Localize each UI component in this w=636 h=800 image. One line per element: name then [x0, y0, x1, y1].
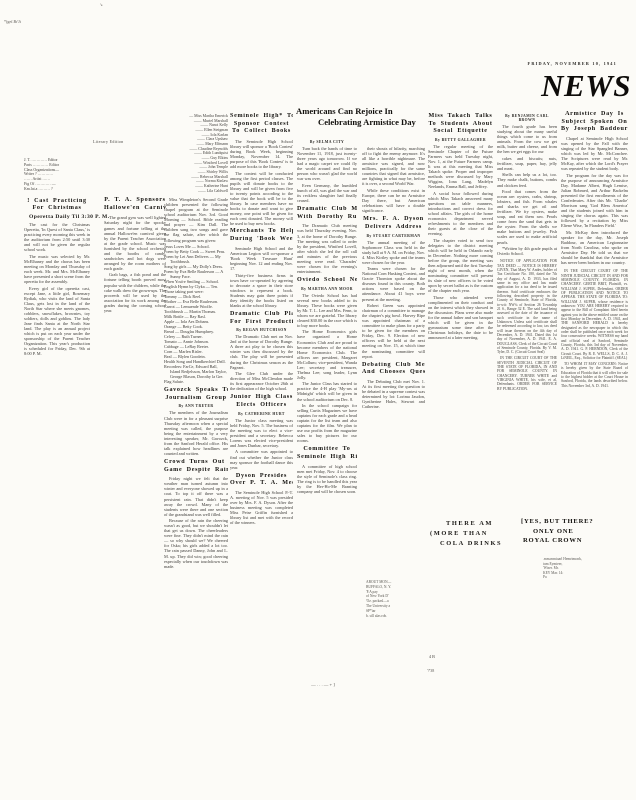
legal-notice: IN THE CIRCUIT COURT OF THE NINTH JUDICI… — [561, 269, 628, 360]
armistice-main-headline-line: Celebrating Armistice Day — [296, 117, 428, 128]
body-paragraph: A committee was appointed to find out wh… — [230, 449, 293, 469]
body-paragraph: While these conditions exist in Europe, … — [362, 188, 425, 213]
program-list: Jesus Loves Me — School.Poem by Betty Co… — [164, 244, 228, 384]
story-byline: By STUART CARTERMAN — [362, 234, 425, 238]
bottom-tail-mark: '?'38 — [427, 668, 434, 673]
story-headline: Mrs. F. A. DysonDelivers Address — [362, 216, 425, 231]
cola-ad-left-text: THERE AM(MORE THANCOLA DRINKS — [430, 519, 518, 548]
about-money-fragments-line: b. sill alas rob. — [366, 614, 424, 619]
list-line: Poem by Eva Belle Raulerson — A Sunny Fa… — [164, 269, 228, 279]
column-end-dashes: — . . . — + ] — [296, 682, 350, 687]
headline-line: Seminole High* To — [230, 113, 293, 121]
cola-ad-left-text-line: (MORE THAN — [430, 529, 518, 539]
headline-line: With Dorothy Runge — [297, 214, 357, 222]
story-headline: Dramatic Club PlansFor First Production — [230, 311, 293, 326]
body-paragraph: In the school campaign for selling Curti… — [297, 403, 357, 443]
story-headline: ! Cast PracticingFor Christmas — [24, 198, 90, 213]
body-paragraph: The contest will be conducted among the … — [230, 171, 293, 227]
column-5: By SELMA CITYTurn back the hands of time… — [297, 139, 357, 699]
legal-notice: NOTICE OF APPLICATION FOR TAX DEED — NOT… — [497, 259, 557, 355]
body-paragraph: Food that comes from the ocean are: oyst… — [497, 189, 557, 245]
body-paragraph: Chapel at Seminole High School was opene… — [561, 136, 628, 171]
body-paragraph: Robert Green was appointed chairman of a… — [362, 303, 425, 359]
royal-crown-ad-text-line: ROYAL CROWN — [521, 536, 597, 546]
story-byline: By BETTY GALLAGHER — [428, 138, 493, 142]
story-headline: P. T. A. SponsorsHallowe'en Carnival — [104, 197, 166, 212]
headline-line: Dramatic Club Meets — [297, 206, 357, 214]
story-byline: By ANN TRETER — [164, 404, 228, 408]
body-paragraph: The cast for the Christmas Operetta, 'In… — [24, 222, 90, 252]
body-paragraph: Teams were chosen for the National Corn … — [362, 266, 425, 301]
story-headline: Miss Takach TalksTo Students AboutSocial… — [428, 113, 493, 136]
story-byline: By MARTHA ANN MOOR — [297, 287, 357, 291]
headline-line: Merchants To Help — [230, 228, 293, 236]
body-paragraph: The Seminole High School P.-T. A. meetin… — [230, 490, 293, 525]
list-line: Poem by Lei Ann Delivers — My Toothbrush… — [164, 254, 228, 264]
royal-crown-ad-text: [YES, BUT THERE?ONLY ONEROYAL CROWN — [521, 517, 597, 546]
body-paragraph: The Debating Club met Nov. 1. At its fir… — [362, 379, 425, 409]
body-paragraph: Every girl of the operetta cast, except … — [24, 286, 90, 357]
headline-line: Debating Club Meets — [362, 362, 425, 370]
body-paragraph: Thirty-five business firms in town have … — [230, 273, 293, 308]
body-paragraph: The grand gym was well lighted Saturday … — [104, 215, 166, 271]
headline-line: Elects Officers — [230, 402, 293, 410]
headline-line: Oviedo School News — [297, 277, 357, 285]
headline-line: P. T. A. Sponsors — [104, 197, 166, 205]
column-3: — Miss Martha Emerick—— Muriel Marshall—… — [164, 113, 228, 698]
body-paragraph: Those who attended were complimented on … — [428, 295, 493, 340]
body-paragraph: The program for the day was for the purp… — [561, 173, 628, 229]
cola-ad-left-text-line: COLA DRINKS — [430, 539, 518, 549]
story-headline: Gavozck Speaks ToJournalism Group — [164, 387, 228, 402]
bottom-mark-4b: 4 B — [429, 654, 435, 659]
body-paragraph: The Oviedo School has had several new bo… — [297, 293, 357, 328]
armistice-main-headline-line: Americans Can Rejoice In — [296, 106, 428, 117]
masthead-title: NEWS — [541, 68, 631, 104]
right-residual-fragments-line: Pa — [543, 575, 635, 580]
body-paragraph: The Junior class meeting was held Friday… — [230, 418, 293, 448]
headline-line: Crowd Turns Out At — [164, 459, 228, 467]
headline-line: During 'Book Week' — [230, 236, 293, 244]
story-headline: Dyson PresidesOver P. T. A. Meet — [230, 473, 293, 488]
body-paragraph: The members of the Journalism Club were … — [164, 410, 228, 455]
literary-edition-label: Literary Edition — [93, 139, 123, 144]
body-paragraph: The music was selected by Mr. McElhaney … — [24, 254, 90, 284]
body-paragraph: The Seminole High School library will sp… — [230, 139, 293, 169]
body-paragraph: The Dramatic Club met on Nov. 2nd at the… — [230, 334, 293, 369]
column-2: P. T. A. SponsorsHallowe'en CarnivalThe … — [104, 194, 166, 384]
headline-line: Armistice Day Is — [561, 111, 628, 119]
body-paragraph: Turn back the hands of time to November … — [297, 146, 357, 181]
story-headline: Debating Club MeetsAnd Chooses Question — [362, 362, 425, 377]
body-paragraph: The Home Economics girls have organized … — [297, 329, 357, 379]
list-line: Recorders: FarCe, Edward Ball, Island Re… — [164, 364, 228, 379]
staff-name: —— Lila Caldwell — [164, 189, 228, 194]
headline-line: Dramatic Club Plans — [230, 311, 293, 319]
cola-ad-left-text-line: THERE AM — [430, 519, 518, 529]
column-8: By BENJAMIN CARL BROWNThe fourth grade h… — [497, 113, 557, 518]
body-paragraph: Even Germany, the humbled bunch of all, … — [297, 183, 357, 203]
body-paragraph: The Dramatic Club meeting was held Thurs… — [297, 223, 357, 273]
headline-line: Over P. T. A. Meet — [230, 480, 293, 488]
story-headline: Merchants To HelpDuring 'Book Week' — [230, 228, 293, 243]
body-paragraph: The fourth grade has been studying about… — [497, 124, 557, 154]
staff-role-line: Km.lat.a ……… ? — [24, 187, 90, 192]
headline-line: Committee To — [297, 446, 357, 454]
body-paragraph: their shouts of hilarity, marching off t… — [362, 146, 425, 186]
right-residual-fragments: .mm.mmiaarl Hemrimrark,tum Eymteer,'Wise… — [543, 557, 635, 580]
story-byline: By CATHERINE HURT — [230, 412, 293, 416]
headline-line: Journalism Group — [164, 395, 228, 403]
operetta-subhead: Operetta Daily Til 3:30 P. M. — [29, 214, 143, 220]
story-headline: Committee ToSeminole High Ring — [297, 446, 357, 461]
headline-line: To Collect Books — [230, 128, 293, 136]
story-headline: Dramatic Club MeetsWith Dorothy Runge — [297, 206, 357, 221]
story-headline: Crowd Turns Out AtGame Despite Rain — [164, 459, 228, 474]
headline-line: Game Despite Rain — [164, 467, 228, 475]
body-paragraph: A committee of high school men met Frida… — [297, 464, 357, 494]
newspaper-page: FRIDAY, NOVEMBER 10, 1941 NEWS J. T. ………… — [0, 0, 636, 800]
about-money-fragments: ABOUT MON—BUFFALO, N. Y.'F.A payof New Y… — [366, 580, 424, 618]
column-7: Miss Takach TalksTo Students AboutSocial… — [428, 110, 493, 518]
headline-line: Mrs. F. A. Dyson — [362, 216, 425, 224]
royal-crown-ad-text-line: ONLY ONE — [521, 527, 597, 537]
column-6: their shouts of hilarity, marching off t… — [362, 146, 425, 560]
column-1: J. T. ………… EditorParis ………… EditorClass … — [24, 140, 90, 384]
story-byline: By SELMA CITY — [297, 140, 357, 144]
body-paragraph: The regular meeting of the Seminole Chap… — [428, 144, 493, 189]
column-9: Armistice Day IsSubject Spoken OnBy Jose… — [561, 108, 628, 552]
headline-line: Dyson Presides — [230, 473, 293, 481]
headline-line: ! Cast Practicing — [24, 198, 90, 206]
story-headline: Junior High ClassElects Officers — [230, 394, 293, 409]
corner-smudge-mark: *(gef.Br'Jt — [4, 19, 21, 24]
headline-line: Hallowe'en Carnival — [104, 205, 166, 213]
body-paragraph: Grab bags, a fish pond and the fortune t… — [104, 272, 166, 312]
story-headline: Armistice Day IsSubject Spoken OnBy Jose… — [561, 111, 628, 134]
body-paragraph: A social hour followed during which Miss… — [428, 191, 493, 236]
body-paragraph: Seminole High School and the American Le… — [230, 246, 293, 271]
headline-line: And Chooses Question — [362, 369, 425, 377]
story-headline: Oviedo School News — [297, 277, 357, 285]
legal-notice: TO WHOM IT MAY CONCERN: Notice is hereby… — [561, 362, 628, 388]
masthead-staff-box: J. T. ………… EditorParis ………… EditorClass … — [24, 158, 90, 192]
body-paragraph: *Written by 4th grade pupils at Oviedo S… — [497, 246, 557, 256]
headline-line: For Christmas — [24, 205, 90, 213]
column-4: Seminole High* ToSponsor ContestTo Colle… — [230, 110, 293, 699]
headline-line: By Joseph Baddour — [561, 126, 628, 134]
headline-line: Miss Takach Talks — [428, 113, 493, 121]
body-paragraph: The annual meeting of the Sophomore Clas… — [362, 240, 425, 265]
top-tick-mark: '• — [100, 4, 103, 9]
body-paragraph: Miss Wimpleton's Second Grade children p… — [164, 197, 228, 242]
body-paragraph: Mr. McKay then introduced the speaker fo… — [561, 230, 628, 265]
body-paragraph: Friday night we felt that the weather ma… — [164, 476, 228, 516]
armistice-main-headline: Americans Can Rejoice InCelebrating Armi… — [296, 106, 428, 127]
headline-line: Sponsor Contest — [230, 121, 293, 129]
headline-line: Subject Spoken On — [561, 119, 628, 127]
body-paragraph: The Junior Class has started to practice… — [297, 381, 357, 401]
headline-line: Junior High Class — [230, 394, 293, 402]
headline-line: For First Production — [230, 319, 293, 327]
headline-line: Social Etiquette — [428, 128, 493, 136]
body-paragraph: cakes and biscuits; nuts, fertilizer, so… — [497, 156, 557, 171]
staff-name-list: — Miss Martha Emerick—— Muriel Marshall—… — [164, 114, 228, 193]
body-paragraph: The Glee Club under the direction of Mis… — [230, 371, 293, 391]
royal-crown-ad-text-line: [YES, BUT THERE? — [521, 517, 597, 527]
legal-notice: IN THE CIRCUIT COURT OF THE SEVENTH JUDI… — [497, 356, 557, 391]
list-line: Flag Salute. — [164, 379, 228, 384]
dateline: FRIDAY, NOVEMBER 10, 1941 — [528, 61, 618, 66]
body-paragraph: Shells can help us a lot, too. They make… — [497, 172, 557, 187]
body-paragraph: The chapter voted to send two delegates … — [428, 238, 493, 294]
headline-line: Seminole High Ring — [297, 454, 357, 462]
story-byline: By REGAN HUTCHISON — [230, 328, 293, 332]
body-paragraph: Because of the rain the cheering wasn't … — [164, 518, 228, 568]
story-headline: Seminole High* ToSponsor ContestTo Colle… — [230, 113, 293, 136]
story-byline: By BENJAMIN CARL BROWN — [497, 114, 557, 122]
headline-line: To Students About — [428, 121, 493, 129]
headline-line: Gavozck Speaks To — [164, 387, 228, 395]
headline-line: Delivers Address — [362, 224, 425, 232]
